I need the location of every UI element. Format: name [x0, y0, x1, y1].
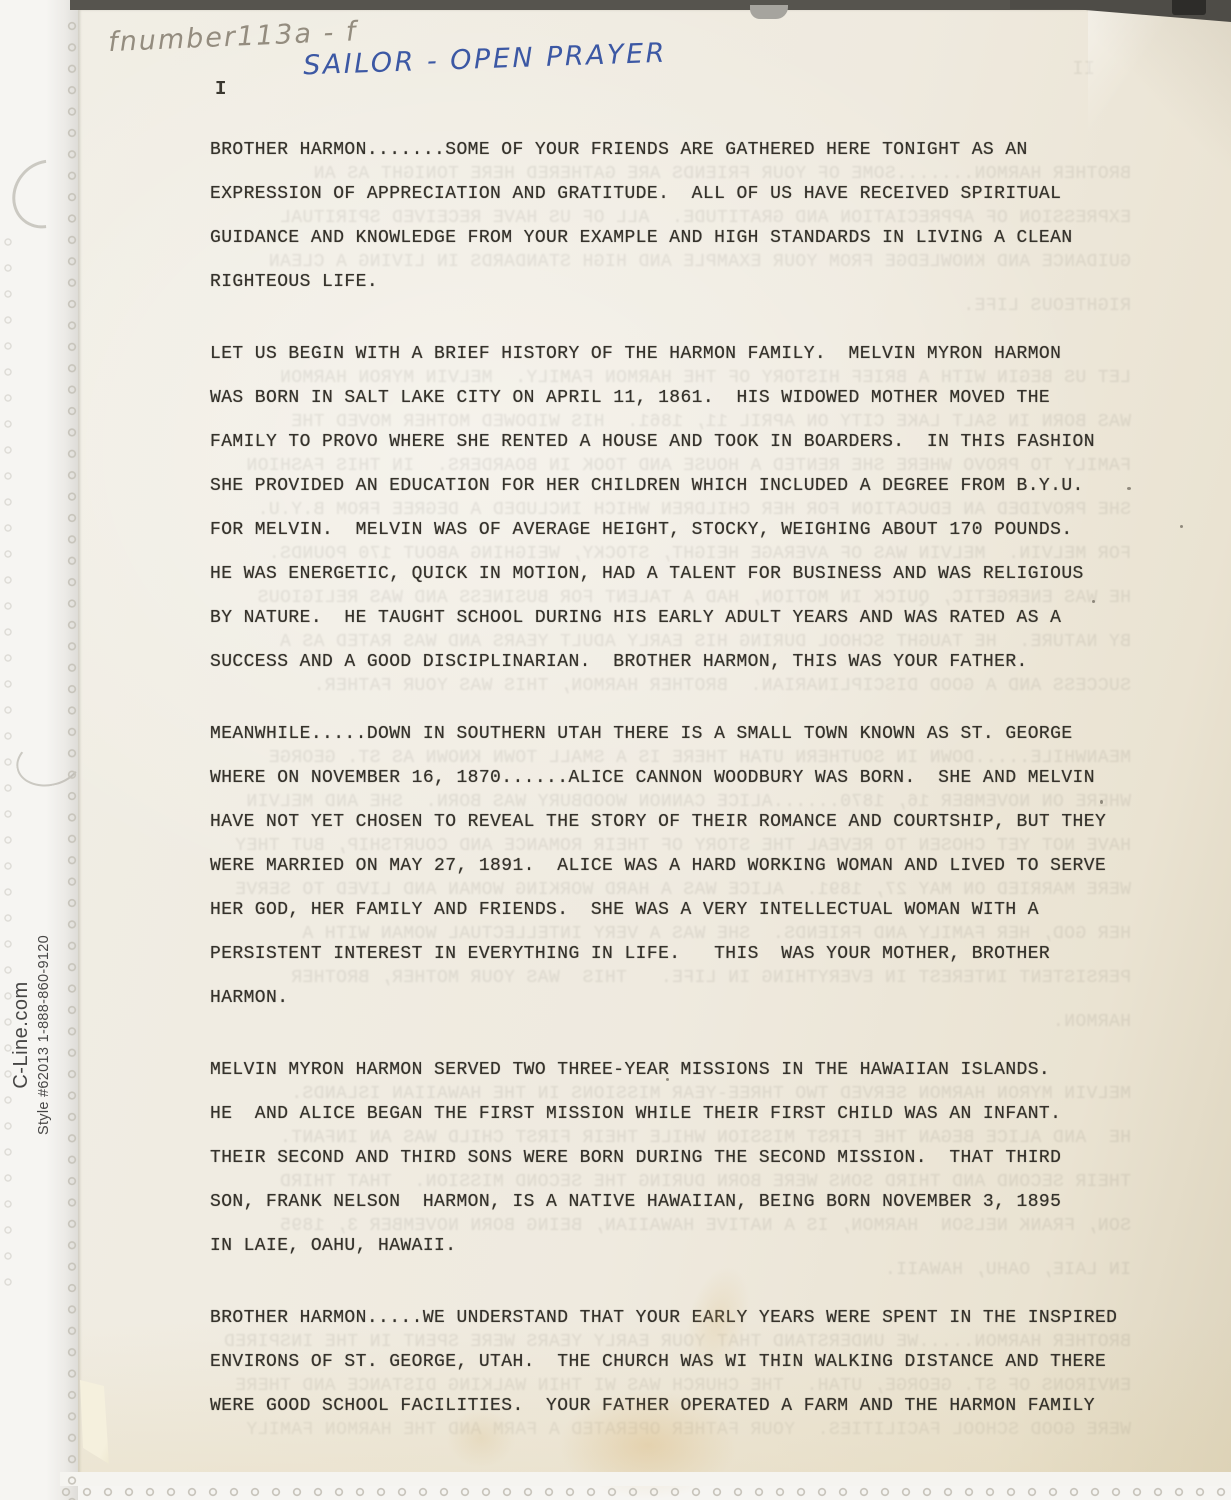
typed-line: HAVE NOT YET CHOSEN TO REVEAL THE STORY …	[210, 800, 1140, 844]
dust-speck	[1100, 800, 1103, 804]
sheet-protector-brand: C-Line.com Style #62013 1-888-860-9120	[10, 873, 70, 1197]
document-page: II BROTHER HARMON.......SOME OF YOUR FRI…	[78, 10, 1231, 1478]
typed-line: MEANWHILE.....DOWN IN SOUTHERN UTAH THER…	[210, 712, 1140, 756]
typed-line: BY NATURE. HE TAUGHT SCHOOL DURING HIS E…	[210, 596, 1140, 640]
scan-edge-notch	[1172, 0, 1206, 15]
brand-style-number-text: Style #62013 1-888-860-9120	[36, 873, 52, 1197]
typed-line: RIGHTEOUS LIFE.	[210, 260, 1140, 304]
typed-paragraph: MEANWHILE.....DOWN IN SOUTHERN UTAH THER…	[210, 712, 1140, 1020]
typed-paragraph: BROTHER HARMON.....WE UNDERSTAND THAT YO…	[210, 1296, 1140, 1428]
typed-line: BROTHER HARMON.......SOME OF YOUR FRIEND…	[210, 128, 1140, 172]
typed-line: HER GOD, HER FAMILY AND FRIENDS. SHE WAS…	[210, 888, 1140, 932]
typed-line: GUIDANCE AND KNOWLEDGE FROM YOUR EXAMPLE…	[210, 216, 1140, 260]
typed-line: SHE PROVIDED AN EDUCATION FOR HER CHILDR…	[210, 464, 1140, 508]
typed-line: MELVIN MYRON HARMON SERVED TWO THREE-YEA…	[210, 1048, 1140, 1092]
typed-line: THEIR SECOND AND THIRD SONS WERE BORN DU…	[210, 1136, 1140, 1180]
typed-line: HE WAS ENERGETIC, QUICK IN MOTION, HAD A…	[210, 552, 1140, 596]
typed-line: SON, FRANK NELSON HARMON, IS A NATIVE HA…	[210, 1180, 1140, 1224]
typed-paragraph: BROTHER HARMON.......SOME OF YOUR FRIEND…	[210, 128, 1140, 304]
typed-paragraph: MELVIN MYRON HARMON SERVED TWO THREE-YEA…	[210, 1048, 1140, 1268]
typed-line: HE AND ALICE BEGAN THE FIRST MISSION WHI…	[210, 1092, 1140, 1136]
dust-speck	[666, 1078, 669, 1081]
dust-speck	[1092, 600, 1095, 603]
typed-line: EXPRESSION OF APPRECIATION AND GRATITUDE…	[210, 172, 1140, 216]
scan-edge-tab	[750, 5, 788, 19]
typed-line: WERE MARRIED ON MAY 27, 1891. ALICE WAS …	[210, 844, 1140, 888]
typed-line: ENVIRONS OF ST. GEORGE, UTAH. THE CHURCH…	[210, 1340, 1140, 1384]
typed-line: WHERE ON NOVEMBER 16, 1870......ALICE CA…	[210, 756, 1140, 800]
typed-line: HARMON.	[210, 976, 1140, 1020]
typed-line: IN LAIE, OAHU, HAWAII.	[210, 1224, 1140, 1268]
typed-line: FOR MELVIN. MELVIN WAS OF AVERAGE HEIGHT…	[210, 508, 1140, 552]
typed-paragraph: LET US BEGIN WITH A BRIEF HISTORY OF THE…	[210, 332, 1140, 684]
brand-url-text: C-Line.com	[10, 873, 33, 1197]
typed-body: BROTHER HARMON.......SOME OF YOUR FRIEND…	[210, 128, 1140, 1456]
page-number: I	[215, 78, 226, 100]
typed-line: FAMILY TO PROVO WHERE SHE RENTED A HOUSE…	[210, 420, 1140, 464]
scanned-document: C-Line.com Style #62013 1-888-860-9120 I…	[0, 0, 1231, 1500]
typed-line: LET US BEGIN WITH A BRIEF HISTORY OF THE…	[210, 332, 1140, 376]
dust-speck	[1180, 525, 1183, 528]
bottom-perforation-strip	[56, 1484, 1231, 1500]
left-perforation-strip	[63, 16, 81, 1500]
dust-speck	[1127, 487, 1131, 490]
typed-line: WAS BORN IN SALT LAKE CITY ON APRIL 11, …	[210, 376, 1140, 420]
typed-line: BROTHER HARMON.....WE UNDERSTAND THAT YO…	[210, 1296, 1140, 1340]
typed-line: SUCCESS AND A GOOD DISCIPLINARIAN. BROTH…	[210, 640, 1140, 684]
typed-line: PERSISTENT INTEREST IN EVERYTHING IN LIF…	[210, 932, 1140, 976]
typed-line: WERE GOOD SCHOOL FACILITIES. YOUR FATHER…	[210, 1384, 1140, 1428]
